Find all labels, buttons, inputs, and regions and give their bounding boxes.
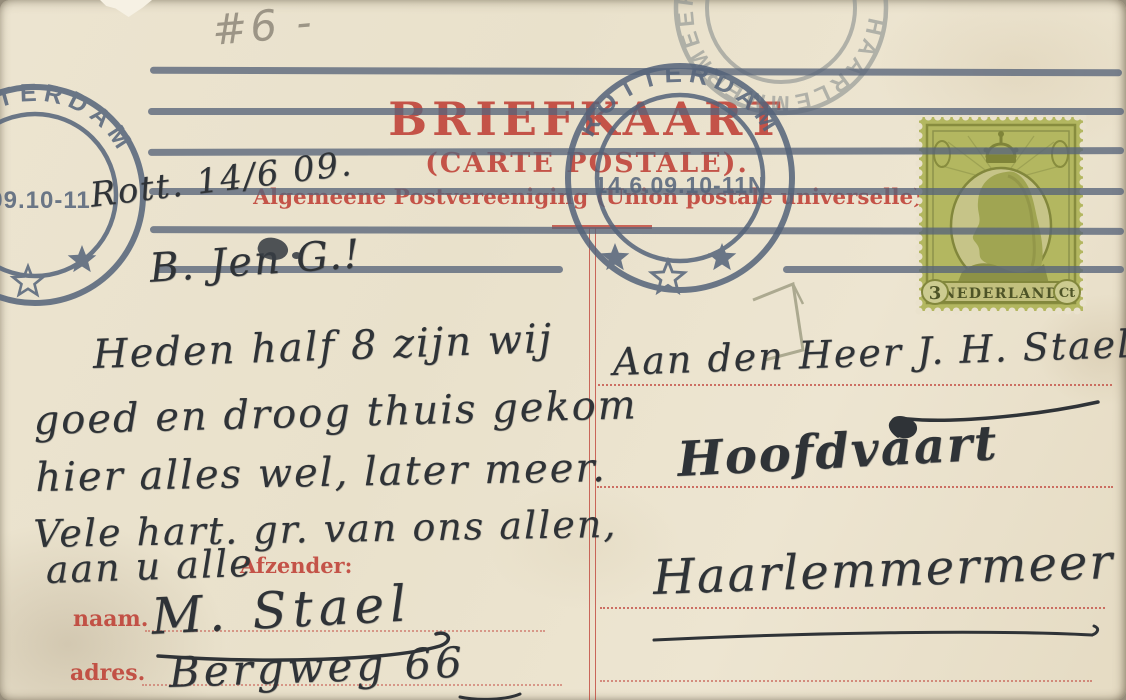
house-number-underline <box>460 694 520 699</box>
pencil-note: #6 - <box>210 0 316 55</box>
postcard-photo: BRIEFKAART (CARTE POSTALE). Algemeene Po… <box>0 0 1126 700</box>
recipient-name-underline <box>891 402 1098 436</box>
ink-speck <box>292 252 301 259</box>
postcard-back: BRIEFKAART (CARTE POSTALE). Algemeene Po… <box>0 0 1126 700</box>
sender-name-flourish <box>158 633 448 660</box>
ink-flourishes <box>0 0 1126 700</box>
recipient-city-underline <box>654 626 1098 640</box>
